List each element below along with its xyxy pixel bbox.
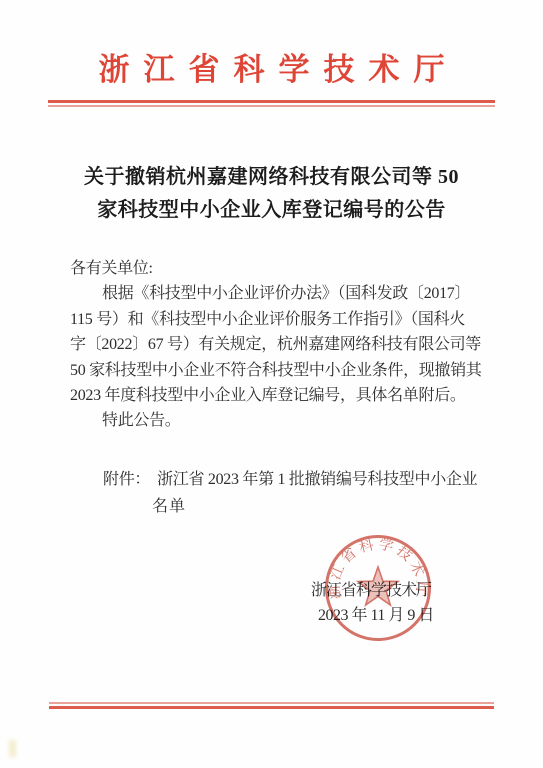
- document-title-line2: 家科技型中小企业入库登记编号的公告: [0, 194, 543, 227]
- attachment-title-line2: 名单: [152, 493, 186, 516]
- attachment-row: 附件：浙江省 2023 年第 1 批撤销编号科技型中小企业: [103, 466, 477, 489]
- footer-rule-thin-line: [49, 702, 494, 704]
- body-line: 50 家科技型中小企业不符合科技型中小企业条件，现撤销其: [70, 358, 482, 383]
- salutation: 各有关单位:: [70, 256, 482, 281]
- official-seal: 浙江省科学技术厅: [318, 528, 438, 648]
- body-line: 2023 年度科技型中小企业入库登记编号，具体名单附后。: [70, 383, 482, 408]
- closing-line: 特此公告。: [70, 408, 482, 433]
- attachment-title-line1: 浙江省 2023 年第 1 批撤销编号科技型中小企业: [157, 471, 477, 488]
- attachment-label: 附件：: [103, 471, 150, 488]
- scan-artifact: [9, 740, 16, 757]
- header-rule-thick-line: [48, 100, 495, 103]
- document-title: 关于撤销杭州嘉建网络科技有限公司等 50 家科技型中小企业入库登记编号的公告: [0, 161, 543, 227]
- body-text: 各有关单位: 根据《科技型中小企业评价办法》（国科发政〔2017〕 115 号）…: [70, 256, 482, 434]
- footer-rule: [49, 702, 494, 709]
- document-title-line1: 关于撤销杭州嘉建网络科技有限公司等 50: [0, 161, 543, 194]
- body-line: 字〔2022〕67 号）有关规定，杭州嘉建网络科技有限公司等: [70, 332, 482, 357]
- body-line: 115 号）和《科技型中小企业评价服务工作指引》（国科火: [70, 307, 482, 332]
- body-line: 根据《科技型中小企业评价办法》（国科发政〔2017〕: [70, 281, 482, 306]
- document-page: 浙江省科学技术厅 关于撤销杭州嘉建网络科技有限公司等 50 家科技型中小企业入库…: [0, 0, 543, 768]
- header-rule: [48, 100, 495, 107]
- seal-star-icon: [358, 567, 398, 605]
- footer-rule-thick-line: [49, 706, 494, 709]
- header-rule-thin-line: [48, 105, 495, 107]
- letterhead-title: 浙江省科学技术厅: [0, 53, 543, 87]
